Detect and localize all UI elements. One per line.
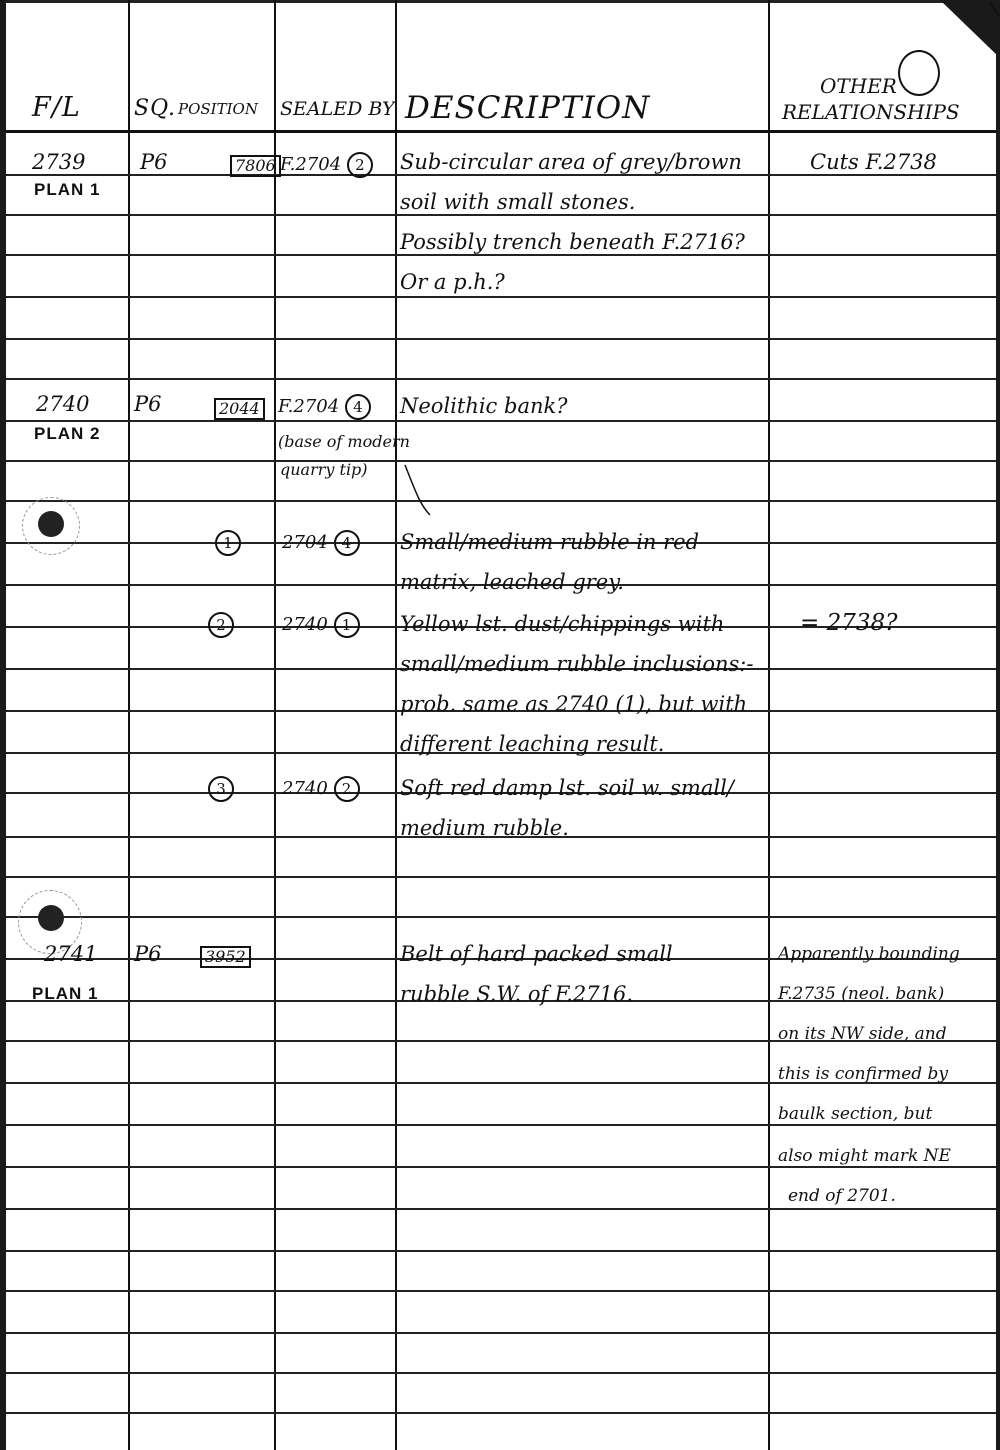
ruled-line (6, 296, 996, 298)
entry-position-box: 7806 (230, 155, 281, 177)
ruled-line (6, 378, 996, 380)
ruled-line (6, 1208, 996, 1210)
layer-circle: 1 (215, 530, 241, 556)
header-circle-mark (898, 50, 940, 96)
entry-plan-ref: PLAN 1 (32, 984, 98, 1004)
sealed-by-note: (base of modern (278, 432, 410, 451)
entry-fl-number: 2741 (44, 942, 97, 966)
description-line: medium rubble. (400, 816, 569, 840)
relationship-line: F.2735 (neol. bank) (778, 984, 944, 1004)
sealed-by-ref: 2704 (282, 532, 328, 553)
scan-edge-right (996, 0, 1000, 1450)
relationship-line: also might mark NE (778, 1146, 951, 1166)
ruled-line (6, 916, 996, 918)
description-line: prob. same as 2740 (1), but with (400, 692, 747, 716)
entry-square: P6 (134, 392, 162, 416)
column-rule-sealed-by (395, 0, 397, 1450)
layer-circle: 1 (334, 612, 360, 638)
header-square: SQ. (134, 96, 176, 121)
layer-number: 2 (208, 612, 234, 638)
entry-position-box: 3952 (200, 946, 251, 968)
header-sealed-by: SEALED BY (280, 98, 395, 120)
header-description: DESCRIPTION (405, 90, 650, 126)
ruled-line (6, 214, 996, 216)
entry-sealed-by: F.2704 4 (278, 394, 371, 420)
sealed-by-ref: F.2704 (278, 396, 339, 417)
ruled-line (6, 130, 996, 133)
sealed-by-ref: F.2704 (280, 154, 341, 175)
entry-square: P6 (140, 150, 168, 174)
description-line: small/medium rubble inclusions:- (400, 652, 753, 676)
layer-circle: 2 (347, 152, 373, 178)
sealed-by-ref: 2740 (282, 778, 328, 799)
ruled-line (6, 338, 996, 340)
description-line: Neolithic bank? (400, 394, 567, 418)
entry-fl-number: 2740 (36, 392, 89, 416)
ruled-line (6, 1372, 996, 1374)
description-line: Sub-circular area of grey/brown (400, 150, 742, 174)
relationship-line: Cuts F.2738 (810, 150, 937, 174)
layer-circle: 4 (334, 530, 360, 556)
scan-edge-left (0, 0, 6, 1450)
entry-fl-number: 2739 (32, 150, 85, 174)
record-sheet: F/L SQ. POSITION SEALED BY DESCRIPTION O… (0, 0, 1000, 1450)
ruled-line (6, 254, 996, 256)
description-line: rubble S.W. of F.2716. (400, 982, 633, 1006)
description-line: Small/medium rubble in red (400, 530, 699, 554)
ruled-line (6, 500, 996, 502)
layer-sealed-by: 2740 2 (282, 776, 360, 802)
description-line: Or a p.h.? (400, 270, 505, 294)
layer-circle: 2 (208, 612, 234, 638)
header-other: OTHER (820, 74, 897, 98)
entry-position-box: 2044 (214, 398, 265, 420)
description-line: different leaching result. (400, 732, 664, 756)
header-position: POSITION (178, 100, 258, 118)
description-line: Belt of hard packed small (400, 942, 673, 966)
ruled-line (6, 1332, 996, 1334)
punch-hole (38, 511, 64, 537)
entry-plan-ref: PLAN 1 (34, 180, 100, 200)
entry-square: P6 (134, 942, 162, 966)
header-relationships: RELATIONSHIPS (782, 100, 960, 124)
relationship-line: end of 2701. (788, 1186, 896, 1206)
description-line: matrix, leached grey. (400, 570, 624, 594)
entry-plan-ref: PLAN 2 (34, 424, 100, 444)
layer-number: 3 (208, 776, 234, 802)
ruled-line (6, 1412, 996, 1414)
connector-stroke (395, 460, 455, 540)
folded-corner (940, 0, 1000, 58)
layer-sealed-by: 2740 1 (282, 612, 360, 638)
sealed-by-note: quarry tip) (280, 460, 368, 479)
column-rule-position (274, 0, 276, 1450)
column-rule-description (768, 0, 770, 1450)
description-line: Soft red damp lst. soil w. small/ (400, 776, 734, 800)
entry-sealed-by: F.2704 2 (280, 152, 373, 178)
layer-circle: 4 (345, 394, 371, 420)
ruled-line (6, 1124, 996, 1126)
description-line: soil with small stones. (400, 190, 635, 214)
relationship-line: this is confirmed by (778, 1064, 948, 1084)
relationship-line: on its NW side, and (778, 1024, 947, 1044)
punch-hole (38, 905, 64, 931)
ruled-line (6, 174, 996, 176)
description-line: Yellow lst. dust/chippings with (400, 612, 724, 636)
ruled-line (6, 1250, 996, 1252)
relationship-line: baulk section, but (778, 1104, 932, 1124)
scan-edge-top (0, 0, 1000, 3)
layer-circle: 2 (334, 776, 360, 802)
ruled-line (6, 460, 996, 462)
layer-circle: 3 (208, 776, 234, 802)
layer-sealed-by: 2704 4 (282, 530, 360, 556)
header-fl: F/L (32, 92, 81, 123)
ruled-line (6, 1290, 996, 1292)
description-line: Possibly trench beneath F.2716? (400, 230, 745, 254)
relationship-line: = 2738? (800, 610, 897, 636)
ruled-line (6, 876, 996, 878)
relationship-line: Apparently bounding (778, 944, 960, 964)
column-rule-fl (128, 0, 130, 1450)
ruled-line (6, 420, 996, 422)
sealed-by-ref: 2740 (282, 614, 328, 635)
ruled-line (6, 1166, 996, 1168)
layer-number: 1 (215, 530, 241, 556)
